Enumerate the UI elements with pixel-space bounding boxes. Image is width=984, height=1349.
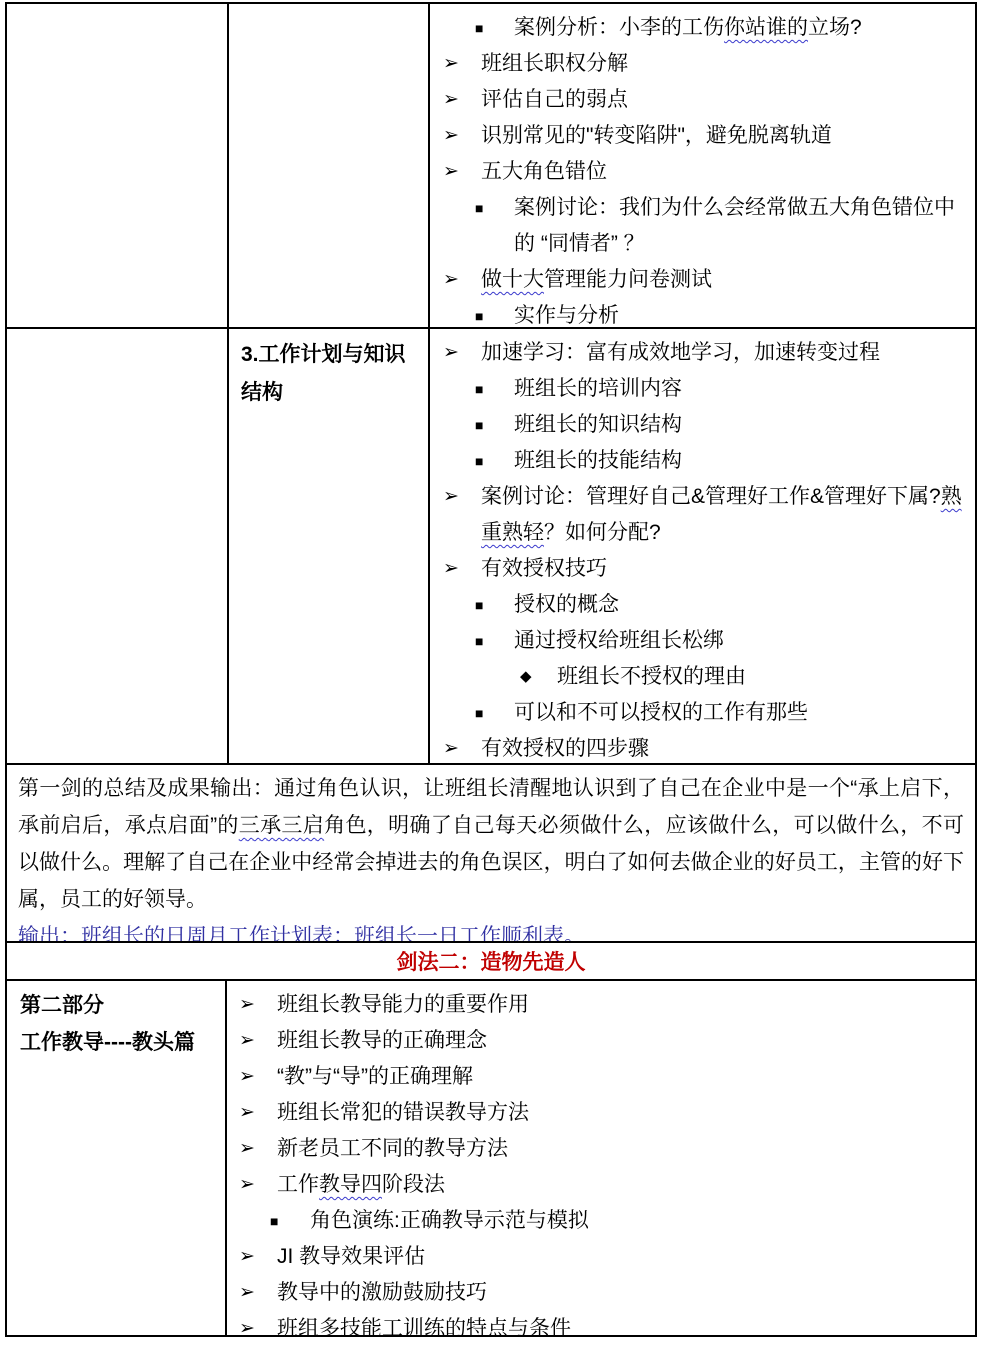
list-item: ➢班组多技能工训练的特点与条件	[227, 1311, 975, 1335]
arrow-bullet-icon: ➢	[239, 1131, 277, 1167]
list-item-text: 班组长不授权的理由	[557, 659, 975, 695]
list-item: ■班组长的知识结构	[430, 407, 975, 443]
arrow-bullet-icon: ➢	[239, 1239, 277, 1275]
list-item: ■案例分析：小李的工伤你站谁的立场?	[430, 10, 975, 46]
list-item: ➢做十大管理能力问卷测试	[430, 262, 975, 298]
list-item-text: 角色演练:正确教导示范与模拟	[310, 1203, 975, 1239]
spellcheck-squiggle: 你站谁的	[724, 16, 808, 39]
arrow-bullet-icon: ➢	[443, 731, 481, 763]
square-bullet-icon: ■	[475, 298, 514, 327]
list-item: ■可以和不可以授权的工作有那些	[430, 695, 975, 731]
list-item-text: 案例讨论：管理好自己&管理好工作&管理好下属?熟重熟轻？如何分配?	[481, 479, 975, 551]
list-item: ➢班组长教导能力的重要作用	[227, 987, 975, 1023]
spellcheck-squiggle: 工训练	[382, 1317, 445, 1335]
empty-cell	[7, 4, 227, 327]
list-item-text: 班组长职权分解	[481, 46, 975, 82]
list-item: ■案例讨论：我们为什么会经常做五大角色错位中的 “同情者” ？	[430, 190, 975, 262]
arrow-bullet-icon: ➢	[443, 46, 481, 82]
summary-paragraph: 第一剑的总结及成果输出：通过角色认识，让班组长清醒地认识到了自己在企业中是一个“…	[18, 770, 964, 918]
section-banner: 剑法二：造物先造人	[7, 941, 975, 979]
square-bullet-icon: ■	[475, 190, 514, 226]
table-row: ■案例分析：小李的工伤你站谁的立场? ➢班组长职权分解 ➢评估自己的弱点 ➢识别…	[7, 4, 975, 327]
list-item-text: 五大角色错位	[481, 154, 975, 190]
square-bullet-icon: ■	[475, 587, 514, 623]
list-item-text: 班组多技能工训练的特点与条件	[277, 1311, 975, 1335]
section-heading: 3.工作计划与知识结构	[241, 343, 406, 404]
list-item-text: 通过授权给班组长松绑	[514, 623, 975, 659]
arrow-bullet-icon: ➢	[443, 118, 481, 154]
arrow-bullet-icon: ➢	[239, 1059, 277, 1095]
list-item-text: 做十大管理能力问卷测试	[481, 262, 975, 298]
arrow-bullet-icon: ➢	[443, 335, 481, 371]
list-item: ➢新老员工不同的教导方法	[227, 1131, 975, 1167]
list-item-text: 班组长教导的正确理念	[277, 1023, 975, 1059]
output-line: 输出：班组长的日周月工作计划表；班组长一日工作顺利表。	[18, 918, 964, 941]
list-item: ■授权的概念	[430, 587, 975, 623]
summary-cell: 第一剑的总结及成果输出：通过角色认识，让班组长清醒地认识到了自己在企业中是一个“…	[7, 765, 975, 941]
list-item: ■班组长的技能结构	[430, 443, 975, 479]
list-item-text: 班组长的培训内容	[514, 371, 975, 407]
arrow-bullet-icon: ➢	[239, 1095, 277, 1131]
square-bullet-icon: ■	[475, 407, 514, 443]
list-item: ➢“教”与“导”的正确理解	[227, 1059, 975, 1095]
list-item-text: 新老员工不同的教导方法	[277, 1131, 975, 1167]
bullet-list-cell: ➢加速学习：富有成效地学习，加速转变过程 ■班组长的培训内容 ■班组长的知识结构…	[428, 329, 975, 763]
arrow-bullet-icon: ➢	[239, 1311, 277, 1335]
arrow-bullet-icon: ➢	[239, 1275, 277, 1311]
square-bullet-icon: ■	[270, 1203, 310, 1239]
list-item-text: 教导中的激励鼓励技巧	[277, 1275, 975, 1311]
list-item-text: 班组长的知识结构	[514, 407, 975, 443]
section-heading-line2: 工作教导----教头篇	[20, 1024, 215, 1061]
arrow-bullet-icon: ➢	[443, 154, 481, 190]
square-bullet-icon: ■	[475, 371, 514, 407]
square-bullet-icon: ■	[475, 623, 514, 659]
list-item: ➢五大角色错位	[430, 154, 975, 190]
arrow-bullet-icon: ➢	[239, 1023, 277, 1059]
list-item-text: 可以和不可以授权的工作有那些	[514, 695, 975, 731]
list-item-text: 实作与分析	[514, 298, 975, 327]
list-item: ➢教导中的激励鼓励技巧	[227, 1275, 975, 1311]
spellcheck-squiggle: 做十大	[481, 268, 544, 291]
list-item-text: 班组长的技能结构	[514, 443, 975, 479]
list-item: ➢班组长教导的正确理念	[227, 1023, 975, 1059]
list-item: ➢案例讨论：管理好自己&管理好工作&管理好下属?熟重熟轻？如何分配?	[430, 479, 975, 551]
section-heading-cell: 第二部分 工作教导----教头篇	[7, 981, 225, 1335]
list-item: ■通过授权给班组长松绑	[430, 623, 975, 659]
list-item-text: JI 教导效果评估	[277, 1239, 975, 1275]
list-item-text: “教”与“导”的正确理解	[277, 1059, 975, 1095]
list-item-text: 加速学习：富有成效地学习，加速转变过程	[481, 335, 975, 371]
course-outline-table: ■案例分析：小李的工伤你站谁的立场? ➢班组长职权分解 ➢评估自己的弱点 ➢识别…	[5, 2, 977, 1337]
list-item: ■角色演练:正确教导示范与模拟	[227, 1203, 975, 1239]
list-item-text: 案例分析：小李的工伤你站谁的立场?	[514, 10, 975, 46]
list-item: ■班组长的培训内容	[430, 371, 975, 407]
list-item-text: 工作教导四阶段法	[277, 1167, 975, 1203]
list-item: ➢识别常见的"转变陷阱"，避免脱离轨道	[430, 118, 975, 154]
list-item: ■实作与分析	[430, 298, 975, 327]
section-heading-cell: 3.工作计划与知识结构	[227, 329, 428, 763]
table-row: 3.工作计划与知识结构 ➢加速学习：富有成效地学习，加速转变过程 ■班组长的培训…	[7, 327, 975, 763]
list-item: ➢班组长职权分解	[430, 46, 975, 82]
list-item-text: 班组长常犯的错误教导方法	[277, 1095, 975, 1131]
empty-cell	[7, 329, 227, 763]
diamond-bullet-icon: ◆	[520, 659, 557, 695]
list-item-text: 授权的概念	[514, 587, 975, 623]
list-item: ➢评估自己的弱点	[430, 82, 975, 118]
list-item: ➢工作教导四阶段法	[227, 1167, 975, 1203]
document-page: ■案例分析：小李的工伤你站谁的立场? ➢班组长职权分解 ➢评估自己的弱点 ➢识别…	[0, 0, 984, 1349]
square-bullet-icon: ■	[475, 443, 514, 479]
arrow-bullet-icon: ➢	[443, 82, 481, 118]
list-item-text: 有效授权技巧	[481, 551, 975, 587]
list-item-text: 识别常见的"转变陷阱"，避免脱离轨道	[481, 118, 975, 154]
arrow-bullet-icon: ➢	[443, 479, 481, 515]
list-item: ➢有效授权技巧	[430, 551, 975, 587]
empty-cell	[227, 4, 428, 327]
table-row: 第一剑的总结及成果输出：通过角色认识，让班组长清醒地认识到了自己在企业中是一个“…	[7, 763, 975, 941]
list-item: ➢班组长常犯的错误教导方法	[227, 1095, 975, 1131]
section-banner-title: 剑法二：造物先造人	[397, 946, 586, 976]
table-row: 第二部分 工作教导----教头篇 ➢班组长教导能力的重要作用 ➢班组长教导的正确…	[7, 979, 975, 1335]
list-item-text: 案例讨论：我们为什么会经常做五大角色错位中的 “同情者” ？	[514, 190, 975, 262]
list-item-text: 班组长教导能力的重要作用	[277, 987, 975, 1023]
arrow-bullet-icon: ➢	[443, 262, 481, 298]
arrow-bullet-icon: ➢	[239, 987, 277, 1023]
list-item-text: 评估自己的弱点	[481, 82, 975, 118]
square-bullet-icon: ■	[475, 695, 514, 731]
spellcheck-squiggle: 三承三启	[239, 814, 324, 837]
bullet-list-cell: ■案例分析：小李的工伤你站谁的立场? ➢班组长职权分解 ➢评估自己的弱点 ➢识别…	[428, 4, 975, 327]
spellcheck-squiggle: 教导四	[319, 1173, 382, 1196]
section-heading-line1: 第二部分	[20, 987, 215, 1024]
list-item: ➢加速学习：富有成效地学习，加速转变过程	[430, 335, 975, 371]
list-item: ➢JI 教导效果评估	[227, 1239, 975, 1275]
list-item: ➢有效授权的四步骤	[430, 731, 975, 763]
list-item: ◆班组长不授权的理由	[430, 659, 975, 695]
bullet-list-cell: ➢班组长教导能力的重要作用 ➢班组长教导的正确理念 ➢“教”与“导”的正确理解 …	[225, 981, 975, 1335]
list-item-text: 有效授权的四步骤	[481, 731, 975, 763]
arrow-bullet-icon: ➢	[443, 551, 481, 587]
arrow-bullet-icon: ➢	[239, 1167, 277, 1203]
square-bullet-icon: ■	[475, 10, 514, 46]
